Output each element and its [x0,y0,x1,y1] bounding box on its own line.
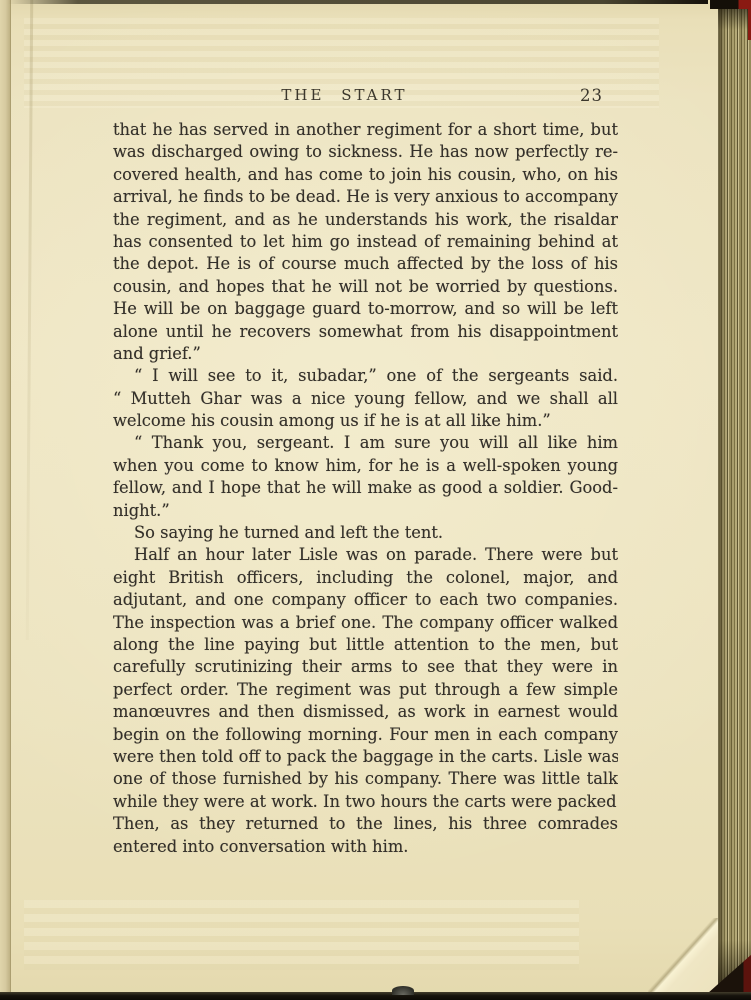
text-line: alone until he recovers somewhat from hi… [113,321,618,343]
text-line: “ Mutteh Ghar was a nice young fellow, a… [113,388,618,410]
page-gutter-edge [0,0,11,996]
text-line: covered health, and has come to join his… [113,164,618,186]
text-line: Half an hour later Lisle was on parade. … [113,544,618,566]
text-line: entered into conversation with him. [113,836,618,858]
top-page-shadow [8,0,708,4]
chapter-running-title: THE START [112,86,577,104]
text-line: “ Thank you, sergeant. I am sure you wil… [113,432,618,454]
text-line: and grief.” [113,343,618,365]
bottom-edge-shadow [0,992,751,1000]
text-line: one of those furnished by his company. T… [113,768,618,790]
text-line: “ I will see to it, subadar,” one of the… [113,365,618,387]
text-line: has consented to let him go instead of r… [113,231,618,253]
page-number: 23 [580,86,603,105]
text-line: when you come to know him, for he is a w… [113,455,618,477]
book-holder-clip [392,986,414,995]
paragraph: “ Thank you, sergeant. I am sure you wil… [113,432,618,522]
text-line: perfect order. The regiment was put thro… [113,679,618,701]
text-line: manœuvres and then dismissed, as work in… [113,701,618,723]
text-line: fellow, and I hope that he will make as … [113,477,618,499]
text-line: eight British officers, including the co… [113,567,618,589]
running-head: THE START 23 [112,86,617,108]
paragraph: that he has served in another regiment f… [113,119,618,365]
text-line: were then told off to pack the baggage i… [113,746,618,768]
page-crease [26,0,33,640]
paragraph: “ I will see to it, subadar,” one of the… [113,365,618,432]
text-line: The inspection was a brief one. The comp… [113,612,618,634]
text-line: was discharged owing to sickness. He has… [113,141,618,163]
book-fore-edge-pages [718,0,751,1000]
text-line: welcome his cousin among us if he is at … [113,410,618,432]
text-line: He will be on baggage guard to-morrow, a… [113,298,618,320]
page-corner-fold [648,918,719,996]
text-line: adjutant, and one company officer to eac… [113,589,618,611]
text-line: the regiment, and as he understands his … [113,209,618,231]
text-line: carefully scrutinizing their arms to see… [113,656,618,678]
text-line: while they were at work. In two hours th… [113,791,618,813]
text-line: begin on the following morning. Four men… [113,724,618,746]
book-cover-edge-top [710,0,751,9]
text-line: the depot. He is of course much affected… [113,253,618,275]
paragraph: So saying he turned and left the tent. [113,522,618,544]
book-page: THE START 23 that he has served in anoth… [0,0,719,996]
text-line: arrival, he finds to be dead. He is very… [113,186,618,208]
book-scan: THE START 23 that he has served in anoth… [0,0,751,1000]
text-line: cousin, and hopes that he will not be wo… [113,276,618,298]
text-line: So saying he turned and left the tent. [113,522,618,544]
text-line: along the line paying but little attenti… [113,634,618,656]
text-line: that he has served in another regiment f… [113,119,618,141]
text-line: night.” [113,500,618,522]
text-line: Then, as they returned to the lines, his… [113,813,618,835]
paragraph: Half an hour later Lisle was on parade. … [113,544,618,857]
body-text: that he has served in another regiment f… [113,119,618,858]
